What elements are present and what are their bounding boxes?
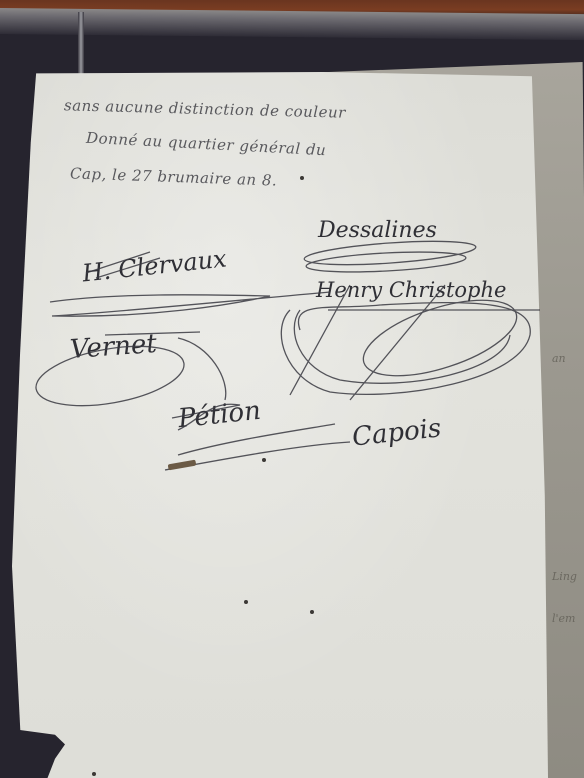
- ink-speck: [92, 772, 96, 776]
- frame-divider: [78, 12, 84, 74]
- back-doc-fragment: l'em: [552, 612, 575, 625]
- back-doc-fragment: an: [552, 352, 566, 365]
- ink-speck: [300, 176, 304, 180]
- signature-vernet: Vernet: [69, 329, 158, 365]
- ink-speck: [310, 610, 314, 614]
- ink-speck: [244, 600, 248, 604]
- back-doc-fragment: Ling: [552, 570, 577, 583]
- ink-speck: [262, 458, 266, 462]
- signature-christophe: Henry Christophe: [316, 278, 506, 302]
- signature-dessalines: Dessalines: [318, 218, 437, 243]
